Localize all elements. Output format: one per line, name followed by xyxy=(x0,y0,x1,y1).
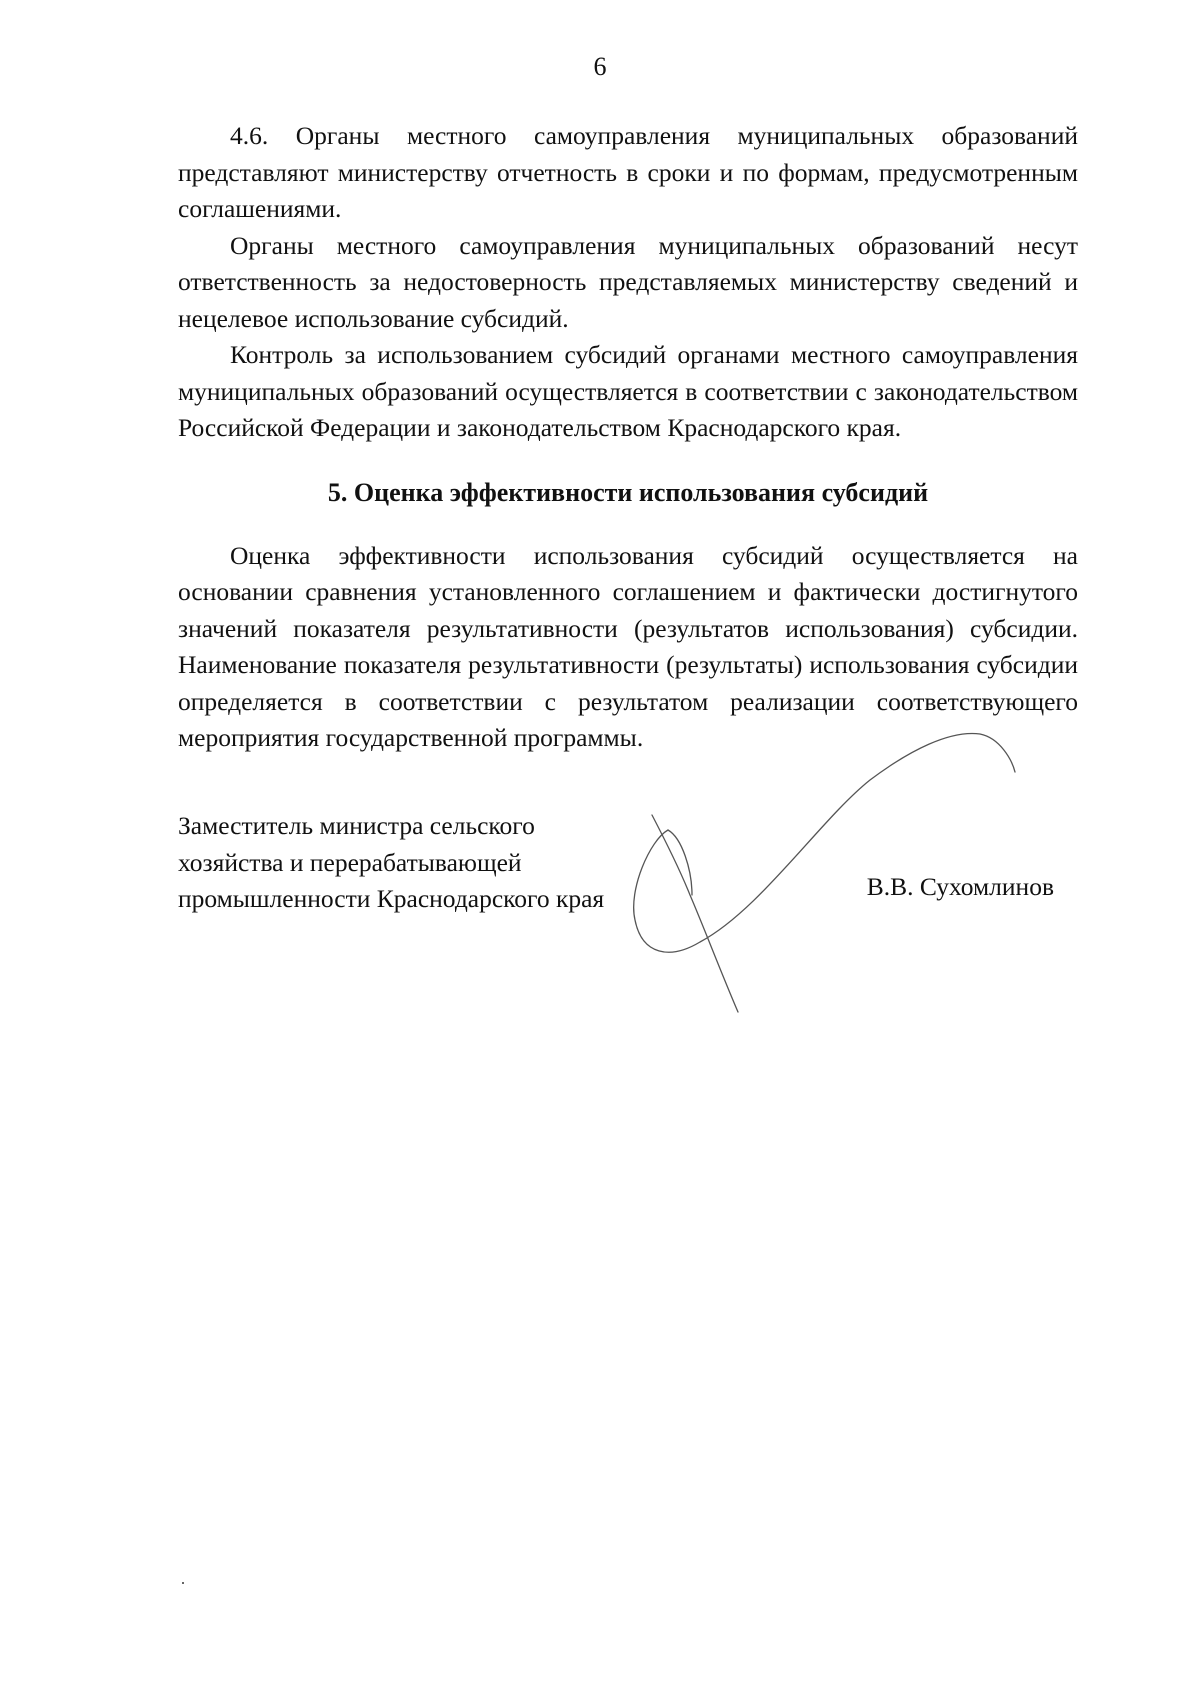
paragraph-control: Контроль за использованием субсидий орга… xyxy=(178,337,1078,447)
paragraph-responsibility: Органы местного самоуправления муниципал… xyxy=(178,228,1078,338)
handwritten-signature-icon xyxy=(620,720,1040,1020)
section-heading: 5. Оценка эффективности использования су… xyxy=(178,475,1078,511)
document-body: 4.6. Органы местного самоуправления муни… xyxy=(178,118,1078,757)
signatory-title-line: хозяйства и перерабатывающей xyxy=(178,845,604,882)
signatory-title-line: промышленности Краснодарского края xyxy=(178,881,604,918)
scan-speck xyxy=(182,1582,184,1584)
signatory-title-line: Заместитель министра сельского xyxy=(178,808,604,845)
signatory-title: Заместитель министра сельского хозяйства… xyxy=(178,808,604,918)
paragraph-4-6: 4.6. Органы местного самоуправления муни… xyxy=(178,118,1078,228)
page-number: 6 xyxy=(0,52,1200,82)
